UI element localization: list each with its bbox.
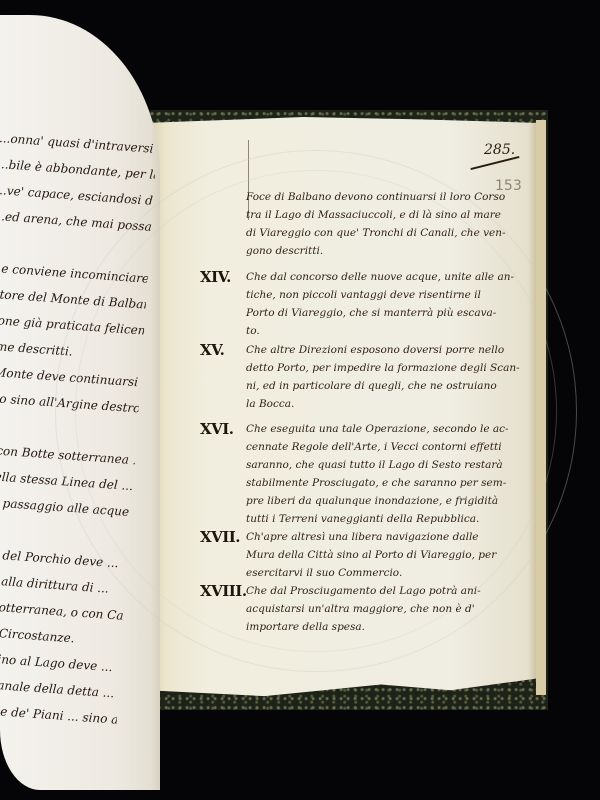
text-line: detto Porto, per impedire la formazione … bbox=[246, 359, 520, 377]
text-line: pre liberi da qualunque inondazione, e f… bbox=[246, 492, 509, 510]
folio-number: 285. bbox=[484, 142, 515, 158]
text-line: gono descritti. bbox=[246, 242, 506, 260]
text-line: importare della spesa. bbox=[246, 618, 481, 636]
text-line: acquistarsi un'altra maggiore, che non è… bbox=[246, 600, 481, 618]
page-edge bbox=[536, 120, 546, 695]
text-line: Che dal Prosciugamento del Lago potrà an… bbox=[246, 582, 481, 600]
text-line: di Viareggio con que' Tronchi di Canali,… bbox=[246, 224, 506, 242]
text-line: esercitarvi il suo Commercio. bbox=[246, 564, 496, 582]
text-line: saranno, che quasi tutto il Lago di Sest… bbox=[246, 456, 509, 474]
left-page-text: ...onna' quasi d'intraversi per ...bile … bbox=[0, 125, 158, 733]
text-line: Foce di Balbano devono continuarsi il lo… bbox=[246, 188, 506, 206]
text-line: la Bocca. bbox=[246, 395, 520, 413]
text-line: Mura della Città sino al Porto di Viareg… bbox=[246, 546, 496, 564]
text-line: Ch'apre altresì una libera navigazione d… bbox=[246, 528, 496, 546]
left-page: ...onna' quasi d'intraversi per ...bile … bbox=[0, 15, 160, 790]
roman-numeral: XV. bbox=[200, 341, 224, 359]
text-line: tra il Lago di Massaciuccoli, e di là si… bbox=[246, 206, 506, 224]
text-line: tutti i Terreni vaneggianti della Repubb… bbox=[246, 510, 509, 528]
text-line: tiche, non piccoli vantaggi deve risenti… bbox=[246, 286, 514, 304]
text-line: to. bbox=[246, 322, 514, 340]
text-line: stabilmente Prosciugato, e che saranno p… bbox=[246, 474, 509, 492]
roman-numeral: XVIII. bbox=[200, 582, 247, 600]
text-line: Che altre Direzioni esposono doversi por… bbox=[246, 341, 520, 359]
roman-numeral: XIV. bbox=[200, 268, 231, 286]
text-line: Porto di Viareggio, che si manterrà più … bbox=[246, 304, 514, 322]
manuscript-photo: 285. 153 Foce di Balbano devono continua… bbox=[0, 0, 600, 800]
text-line: Che dal concorso delle nuove acque, unit… bbox=[246, 268, 514, 286]
text-line: ni, ed in particolare di quegli, che ne … bbox=[246, 377, 520, 395]
text-line: Che eseguita una tale Operazione, second… bbox=[246, 420, 509, 438]
roman-numeral: XVI. bbox=[200, 420, 234, 438]
roman-numeral: XVII. bbox=[200, 528, 240, 546]
text-line: cennate Regole dell'Arte, i Vecci contor… bbox=[246, 438, 509, 456]
